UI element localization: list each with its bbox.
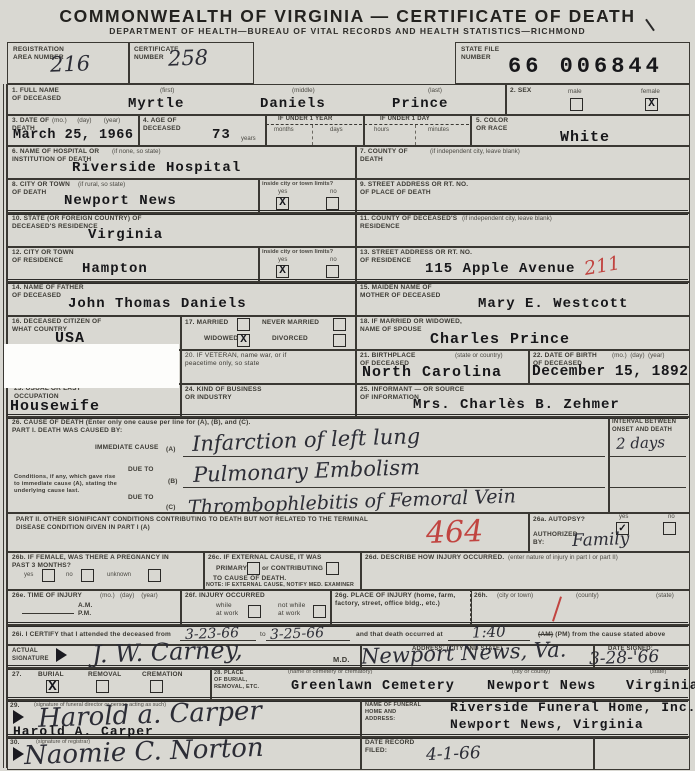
burial-city-hint: (city or county) bbox=[512, 669, 550, 675]
first-name-hint: (first) bbox=[160, 87, 174, 94]
autopsy-label: 26a. AUTOPSY? bbox=[533, 516, 585, 524]
interval-line-a bbox=[610, 456, 686, 457]
street-residence-value: 115 Apple Avenue bbox=[425, 261, 575, 277]
actual-signature-label: ACTUAL SIGNATURE bbox=[12, 648, 49, 663]
cremation-checkbox bbox=[150, 680, 163, 693]
sex-cell bbox=[505, 84, 690, 116]
funeral-director-arrow-icon bbox=[13, 710, 24, 724]
cemetery-value: Greenlawn Cemetery bbox=[291, 679, 455, 694]
death-limits-yes-mark: X bbox=[279, 198, 286, 209]
widowed-check-mark: X bbox=[240, 335, 247, 346]
pregnancy-no-label: no bbox=[66, 572, 73, 578]
county-of-death-label: 7. COUNTY OF DEATH bbox=[360, 148, 408, 164]
spouse-value: Charles Prince bbox=[430, 331, 570, 348]
never-married-label: NEVER MARRIED bbox=[262, 319, 319, 327]
autopsy-no-checkbox bbox=[663, 522, 676, 535]
death-limits-no-label: no bbox=[330, 189, 337, 195]
hospital-hint: (if none, so state) bbox=[112, 148, 161, 155]
hospital-value: Riverside Hospital bbox=[72, 160, 241, 176]
injury-state-hint: (state) bbox=[656, 592, 674, 599]
burial-check-mark: X bbox=[48, 680, 56, 694]
death-limits-question: inside city or town limits? bbox=[262, 181, 333, 187]
residence-limits-no-checkbox bbox=[326, 265, 339, 278]
divorced-label: DIVORCED bbox=[272, 335, 308, 343]
minutes-label: minutes bbox=[428, 127, 449, 133]
registration-area-value: 216 bbox=[50, 51, 91, 76]
describe-injury-hint: (enter nature of injury in part I or par… bbox=[508, 554, 618, 561]
state-file-number-label: STATE FILE NUMBER bbox=[461, 46, 499, 62]
burial-state-hint: (state) bbox=[650, 669, 666, 675]
funeral-director-typed-name: Harold A. Carper bbox=[13, 724, 154, 739]
cremation-label: CREMATION bbox=[142, 671, 183, 679]
pregnancy-no-checkbox bbox=[81, 569, 94, 582]
never-married-checkbox bbox=[333, 318, 346, 331]
interval-label: INTERVAL BETWEEN ONSET AND DEATH bbox=[612, 419, 676, 434]
married-label: 17. MARRIED bbox=[185, 319, 228, 327]
age-unit-label: years bbox=[241, 136, 256, 142]
white-patch-overlay bbox=[4, 344, 179, 388]
first-name-value: Myrtle bbox=[128, 96, 184, 112]
days-label: days bbox=[330, 127, 343, 133]
father-name-value: John Thomas Daniels bbox=[68, 296, 247, 312]
document-subtitle: DEPARTMENT OF HEALTH—BUREAU OF VITAL REC… bbox=[0, 26, 695, 36]
autopsy-no-label: no bbox=[668, 514, 675, 520]
widowed-checkbox: X bbox=[237, 334, 250, 347]
birthplace-value: North Carolina bbox=[362, 364, 502, 381]
funeral-director-number: 29. bbox=[10, 702, 20, 710]
color-race-label: 5. COLOR OR RACE bbox=[476, 117, 508, 133]
cause-c-label: (C) bbox=[166, 504, 176, 512]
while-at-work-label: while at work bbox=[216, 602, 238, 618]
interval-value: 2 days bbox=[616, 433, 666, 453]
residence-limits-no-label: no bbox=[330, 257, 337, 263]
months-days-divider bbox=[312, 125, 313, 145]
md-label: M.D. bbox=[333, 655, 350, 664]
time-of-injury-hints: (mo.) (day) (year) bbox=[100, 592, 158, 599]
state-file-number-value: 66 006844 bbox=[508, 54, 663, 79]
residence-limits-question: inside city or town limits? bbox=[262, 249, 333, 255]
registrar-number: 30. bbox=[10, 739, 20, 747]
removal-label: REMOVAL bbox=[88, 671, 121, 679]
certify-to-word: to bbox=[260, 631, 266, 639]
city-of-death-label: 8. CITY OR TOWN OF DEATH bbox=[12, 181, 70, 197]
external-cause-label: 26c. IF EXTERNAL CAUSE, IT WAS bbox=[208, 554, 322, 562]
birthplace-hint: (state or country) bbox=[455, 352, 503, 359]
external-cause-note: NOTE: IF EXTERNAL CAUSE, NOTIFY MED. EXA… bbox=[206, 582, 354, 589]
funeral-home-label: NAME OF FUNERAL HOME AND ADDRESS: bbox=[365, 702, 421, 723]
mother-name-value: Mary E. Westcott bbox=[478, 296, 628, 312]
residence-limits-yes-checkbox: X bbox=[276, 265, 289, 278]
disposition-number: 27. bbox=[12, 671, 22, 679]
describe-injury-label: 26d. DESCRIBE HOW INJURY OCCURRED. bbox=[365, 554, 504, 562]
county-of-death-hint: (if independent city, leave blank) bbox=[430, 148, 520, 155]
sex-female-label: female bbox=[641, 88, 660, 95]
last-name-hint: (last) bbox=[428, 87, 442, 94]
informant-value: Mrs. Charlès B. Zehmer bbox=[413, 397, 620, 413]
sex-male-checkbox bbox=[570, 98, 583, 111]
hours-label: hours bbox=[374, 127, 389, 133]
date-of-death-value: March 25, 1966 bbox=[13, 128, 133, 143]
death-limits-yes-label: yes bbox=[278, 189, 287, 195]
under-1-year-label: IF UNDER 1 YEAR bbox=[278, 116, 333, 124]
sex-female-check-mark: X bbox=[648, 99, 655, 110]
date-of-death-hints: (mo.) (day) (year) bbox=[52, 117, 120, 124]
occupation-value: Housewife bbox=[10, 398, 100, 415]
interval-line-b bbox=[610, 487, 686, 488]
time-of-injury-line bbox=[22, 613, 74, 614]
sex-female-checkbox: X bbox=[645, 98, 658, 111]
pregnancy-yes-checkbox bbox=[42, 569, 55, 582]
age-label: 4. AGE OF DECEASED bbox=[143, 117, 181, 133]
time-of-injury-label: 26e. TIME OF INJURY bbox=[12, 592, 82, 600]
age-value: 73 bbox=[212, 127, 231, 143]
funeral-home-address: Newport News, Virginia bbox=[450, 717, 644, 732]
authorized-by-value: Family bbox=[572, 529, 630, 551]
injury-occurred-label: 26f. INJURY OCCURRED bbox=[185, 592, 265, 600]
contributing-label: or CONTRIBUTING bbox=[262, 565, 323, 573]
death-certificate-document: COMMONWEALTH OF VIRGINIA — CERTIFICATE O… bbox=[0, 0, 695, 771]
burial-checkbox: X bbox=[46, 680, 59, 693]
county-residence-hint: (if independent city, leave blank) bbox=[462, 215, 552, 222]
mother-name-label: 15. MAIDEN NAME OF MOTHER OF DECEASED bbox=[360, 284, 441, 300]
city-of-death-value: Newport News bbox=[64, 193, 177, 209]
cause-b-label: (B) bbox=[168, 478, 178, 486]
document-title: COMMONWEALTH OF VIRGINIA — CERTIFICATE O… bbox=[0, 6, 695, 27]
registrar-arrow-icon bbox=[13, 747, 24, 761]
burial-city-value: Newport News bbox=[487, 679, 596, 694]
date-of-birth-value: December 15, 1892 bbox=[532, 364, 688, 380]
injury-location-label: 26h. bbox=[474, 592, 488, 600]
empty-bottom-right-cell bbox=[593, 736, 690, 770]
while-at-work-checkbox bbox=[248, 605, 261, 618]
physician-signature-value: J. W. Carney, bbox=[92, 635, 243, 668]
injury-city-hint: (city or town) bbox=[497, 592, 533, 599]
burial-state-value: Virginia bbox=[626, 679, 695, 694]
immediate-cause-label: IMMEDIATE CAUSE bbox=[95, 444, 159, 452]
street-of-death-label: 9. STREET ADDRESS OR RT. NO. OF PLACE OF… bbox=[360, 181, 468, 197]
attended-to-line bbox=[266, 640, 350, 641]
under-1-day-divider bbox=[364, 124, 469, 125]
widowed-label: WIDOWED bbox=[204, 335, 238, 343]
date-of-birth-hints: (mo.) (day) (year) bbox=[612, 352, 664, 359]
city-residence-value: Hampton bbox=[82, 261, 148, 277]
months-label: months bbox=[274, 127, 294, 133]
not-while-at-work-checkbox bbox=[313, 605, 326, 618]
primary-label: PRIMARY bbox=[216, 565, 247, 573]
hours-minutes-divider bbox=[415, 125, 416, 145]
burial-label: BURIAL bbox=[38, 671, 64, 679]
under-1-day-label: IF UNDER 1 DAY bbox=[380, 116, 430, 124]
am-pm-label: A.M. P.M. bbox=[78, 602, 93, 618]
residence-limits-yes-label: yes bbox=[278, 257, 287, 263]
pm-label: (PM) from the cause stated above bbox=[553, 631, 665, 638]
county-residence-label: 11. COUNTY OF DECEASED'S RESIDENCE bbox=[360, 215, 457, 231]
certify-mid-text: and that death occurred at bbox=[356, 631, 443, 639]
last-name-value: Prince bbox=[392, 96, 448, 112]
autopsy-yes-label: yes bbox=[619, 514, 628, 520]
removal-checkbox bbox=[96, 680, 109, 693]
pregnancy-unknown-checkbox bbox=[148, 569, 161, 582]
sex-label: 2. SEX bbox=[510, 87, 531, 95]
due-to-1-label: DUE TO bbox=[128, 466, 154, 474]
cemetery-hint: (name of cemetery or crematory) bbox=[288, 669, 372, 675]
city-of-death-hint: (if rural, so state) bbox=[78, 181, 125, 188]
death-limits-no-checkbox bbox=[326, 197, 339, 210]
cause-a-label: (A) bbox=[166, 446, 176, 454]
funeral-home-name: Riverside Funeral Home, Inc. bbox=[450, 700, 695, 715]
pregnancy-yes-label: yes bbox=[24, 572, 33, 578]
color-race-value: White bbox=[560, 129, 610, 146]
signature-arrow-icon bbox=[56, 648, 67, 662]
date-filed-value: 4-1-66 bbox=[426, 743, 481, 765]
cause-b-line bbox=[183, 487, 605, 488]
veteran-label: 20. IF VETERAN, name war, or if peacetim… bbox=[185, 352, 287, 368]
state-residence-value: Virginia bbox=[88, 227, 163, 243]
contributing-checkbox bbox=[326, 562, 339, 575]
middle-name-value: Daniels bbox=[260, 96, 326, 112]
date-filed-label: DATE RECORD FILED: bbox=[365, 739, 414, 755]
married-checkbox bbox=[237, 318, 250, 331]
middle-name-hint: (middle) bbox=[292, 87, 315, 94]
business-label: 24. KIND OF BUSINESS OR INDUSTRY bbox=[185, 386, 262, 402]
due-to-2-label: DUE TO bbox=[128, 494, 154, 502]
full-name-label: 1. FULL NAME OF DECEASED bbox=[12, 87, 61, 103]
injury-county-hint: (county) bbox=[576, 592, 599, 599]
death-limits-yes-checkbox: X bbox=[276, 197, 289, 210]
pregnancy-label: 26b. IF FEMALE, WAS THERE A PREGNANCY IN… bbox=[12, 554, 169, 570]
residence-limits-yes-mark: X bbox=[279, 266, 286, 277]
part2-label: PART II. OTHER SIGNIFICANT CONDITIONS CO… bbox=[16, 516, 368, 532]
sex-male-label: male bbox=[568, 88, 582, 95]
city-residence-label: 12. CITY OR TOWN OF RESIDENCE bbox=[12, 249, 74, 265]
not-while-at-work-label: not while at work bbox=[278, 602, 305, 618]
handwritten-annotation-464: 464 bbox=[425, 514, 483, 551]
under-1-year-divider bbox=[266, 124, 362, 125]
pregnancy-unknown-label: unknown bbox=[107, 572, 131, 578]
place-of-burial-label: 28. PLACE OF BURIAL, REMOVAL, ETC. bbox=[214, 670, 259, 691]
cause-conditions-note: Conditions, if any, which gave rise to i… bbox=[14, 474, 117, 496]
place-of-injury-label: 26g. PLACE OF INJURY (home, farm, factor… bbox=[335, 592, 455, 608]
primary-checkbox bbox=[247, 562, 260, 575]
divorced-checkbox bbox=[333, 334, 346, 347]
certificate-number-value: 258 bbox=[168, 45, 209, 70]
